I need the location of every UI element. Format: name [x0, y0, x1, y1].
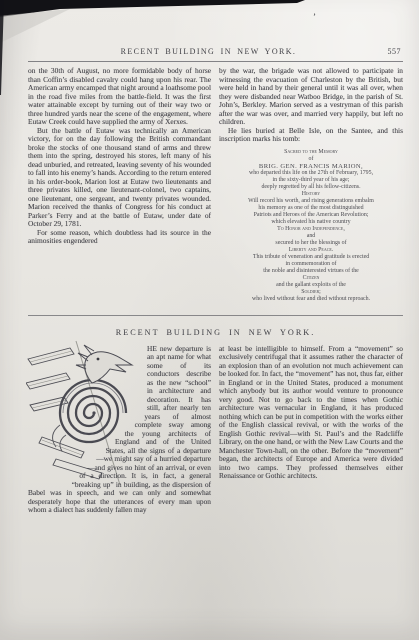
inscription-line: who departed this life on the 27th of Fe…	[219, 170, 403, 177]
running-head-title: RECENT BUILDING IN NEW YORK.	[121, 47, 297, 56]
inscription-line: which elevated his native country	[219, 219, 403, 226]
paragraph: at least be intelligible to himself. Fro…	[219, 345, 403, 481]
section-heading: RECENT BUILDING IN NEW YORK.	[28, 328, 403, 337]
building-right-column: at least be intelligible to himself. Fro…	[219, 345, 403, 515]
inscription-line: Will record his worth, and rising genera…	[219, 198, 403, 205]
article-building-columns: HE new departure is an apt name for what…	[28, 345, 403, 515]
paragraph: He lies buried at Belle Isle, on the San…	[219, 127, 403, 144]
inscription-line: and	[219, 233, 403, 240]
marion-right-column: by the war, the brigade was not allowed …	[219, 67, 403, 303]
scanned-magazine-page: ’ RECENT BUILDING IN NEW YORK. 557 on th…	[0, 0, 419, 640]
inscription-line: his memory as one of the most distinguis…	[219, 205, 403, 212]
inscription-line: in the sixty-third year of his age;	[219, 177, 403, 184]
inscription-line: deeply regretted by all his fellow-citiz…	[219, 184, 403, 191]
header-rule	[28, 61, 403, 62]
inscription-line: who lived without fear and died without …	[219, 296, 403, 303]
inscription-line: of	[219, 156, 403, 163]
paragraph: on the 30th of August, no more formidabl…	[28, 67, 211, 127]
inscription-line: This tribute of veneration and gratitude…	[219, 254, 403, 261]
page-content: RECENT BUILDING IN NEW YORK. 557 on the …	[28, 0, 403, 515]
inscription-line: secured to her the blessings of	[219, 240, 403, 247]
paragraph: by the war, the brigade was not allowed …	[219, 67, 403, 127]
building-left-column: HE new departure is an apt name for what…	[28, 345, 211, 515]
inscription-line: Liberty and Peace.	[219, 247, 403, 254]
article-separator-rule	[28, 315, 403, 316]
inscription-line: Citizen	[219, 275, 403, 282]
marion-left-column: on the 30th of August, no more formidabl…	[28, 67, 211, 303]
inscription-line: To Honor and Independence,	[219, 226, 403, 233]
inscription-line: Soldier;	[219, 289, 403, 296]
inscription-line: Patriots and Heroes of the American Revo…	[219, 212, 403, 219]
inscription-line: in commemoration of	[219, 261, 403, 268]
inscription-line: History	[219, 191, 403, 198]
inscription-line: BRIG. GEN. FRANCIS MARION,	[219, 163, 403, 170]
inscription-line: Sacred to the Memory	[219, 149, 403, 156]
article-marion-columns: on the 30th of August, no more formidabl…	[28, 67, 403, 303]
inscription-line: and the gallant exploits of the	[219, 282, 403, 289]
paragraph: For some reason, which doubtless had its…	[28, 229, 211, 246]
running-head: RECENT BUILDING IN NEW YORK. 557	[28, 47, 403, 58]
tomb-inscription: Sacred to the Memory of BRIG. GEN. FRANC…	[219, 149, 403, 303]
paragraph: But the battle of Eutaw was technically …	[28, 127, 211, 229]
page-number: 557	[388, 47, 402, 56]
inscription-line: the noble and disinterested virtues of t…	[219, 268, 403, 275]
